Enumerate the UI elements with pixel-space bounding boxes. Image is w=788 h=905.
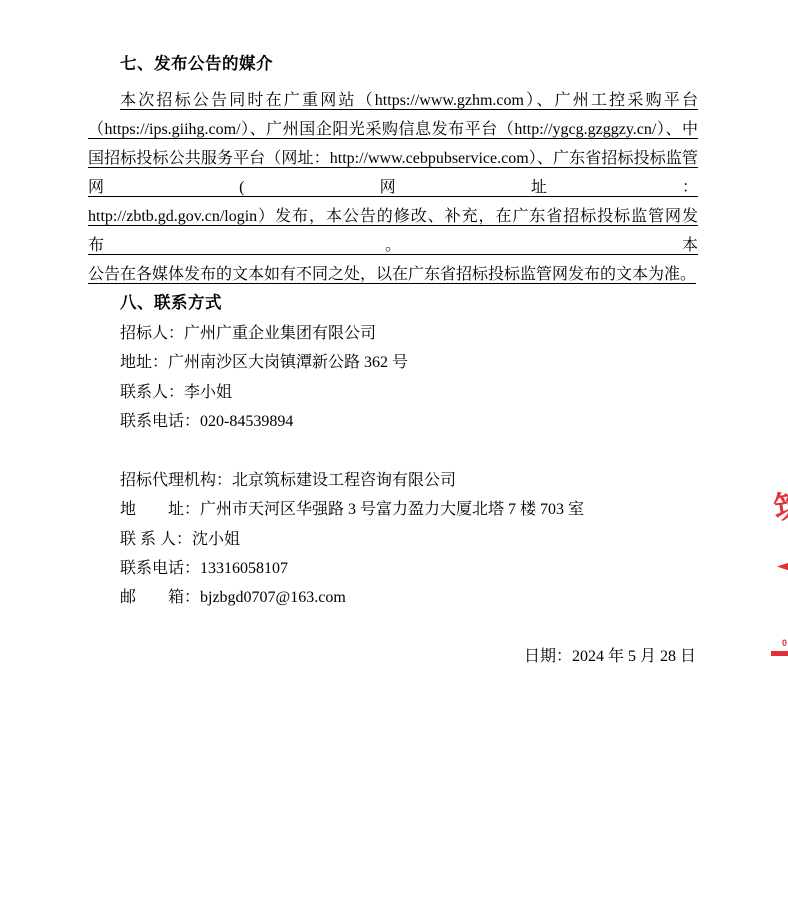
blank-line <box>88 436 698 465</box>
paragraph-line: http://zbtb.gd.gov.cn/login）发布，本公告的修改、补充… <box>88 202 698 260</box>
paragraph-line: 国招标投标公共服务平台（网址：http://www.cebpubservice.… <box>88 144 698 202</box>
tenderer-name-line: 招标人：广州广重企业集团有限公司 <box>88 319 698 348</box>
blank-line <box>88 613 698 642</box>
agency-phone-line: 联系电话：13316058107 <box>88 554 698 583</box>
seal-character-fragment: 筑 <box>772 488 788 528</box>
agency-name-line: 招标代理机构：北京筑标建设工程咨询有限公司 <box>88 466 698 495</box>
seal-code-fragment: 01 <box>782 639 788 648</box>
seal-star-icon: ★ <box>770 541 788 593</box>
agency-address-line: 地 址：广州市天河区华强路 3 号富力盈力大厦北塔 7 楼 703 室 <box>88 495 698 524</box>
document-page: { "page": { "background": "#ffffff", "te… <box>0 0 788 905</box>
tenderer-contact-line: 联系人：李小姐 <box>88 378 698 407</box>
paragraph-line: 公告在各媒体发布的文本如有不同之处，以在广东省招标投标监管网发布的文本为准。 <box>88 260 698 289</box>
tenderer-phone-line: 联系电话：020-84539894 <box>88 407 698 436</box>
paragraph-line: （https://ips.giihg.com/）、广州国企阳光采购信息发布平台（… <box>88 115 698 144</box>
tenderer-address-line: 地址：广州南沙区大岗镇潭新公路 362 号 <box>88 348 698 377</box>
document-body: 七、发布公告的媒介 本次招标公告同时在广重网站（https://www.gzhm… <box>88 50 698 672</box>
paragraph-line: 本次招标公告同时在广重网站（https://www.gzhm.com）、广州工控… <box>88 86 698 115</box>
date-line: 日期：2024 年 5 月 28 日 <box>88 642 698 671</box>
agency-email-line: 邮 箱：bjzbgd0707@163.com <box>88 583 698 612</box>
section-contact-heading: 八、联系方式 <box>88 289 698 318</box>
media-paragraph: 本次招标公告同时在广重网站（https://www.gzhm.com）、广州工控… <box>88 86 698 289</box>
seal-underline-bar <box>771 651 788 656</box>
agency-contact-line: 联 系 人：沈小姐 <box>88 525 698 554</box>
red-seal-fragment: 筑 ★ 01 <box>768 488 788 663</box>
section-media-heading: 七、发布公告的媒介 <box>88 50 698 79</box>
